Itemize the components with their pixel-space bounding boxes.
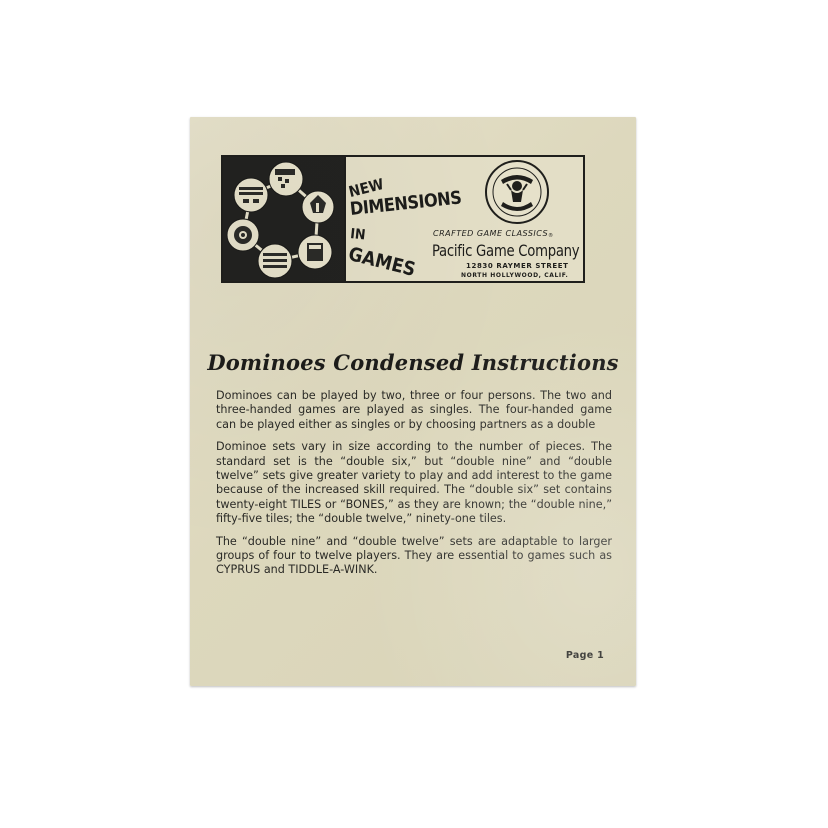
registered-mark: ®: [548, 233, 554, 239]
document-title: Dominoes Condensed Instructions: [190, 350, 636, 375]
address-street: 12830 RAYMER STREET: [466, 262, 569, 270]
paragraph-set-sizes: Dominoe sets vary in size according to t…: [216, 440, 612, 526]
tagline-games: GAMES: [346, 245, 417, 280]
paragraph-larger-groups: The “double nine” and “double twelve” se…: [216, 535, 612, 578]
game-emblem-seal-icon: [485, 160, 549, 224]
paragraph-players: Dominoes can be played by two, three or …: [216, 389, 612, 432]
company-name: Pacific Game Company: [432, 241, 579, 260]
instruction-sheet: NEW DIMENSIONS IN GAMES CRAFTED GAME CLA…: [190, 117, 636, 686]
header-banner: NEW DIMENSIONS IN GAMES CRAFTED GAME CLA…: [221, 155, 585, 283]
page-number: Page 1: [566, 650, 604, 661]
brand-line: CRAFTED GAME CLASSICS®: [433, 229, 554, 239]
address-city: NORTH HOLLYWOOD, CALIF.: [461, 272, 568, 279]
instructions-body: Dominoes can be played by two, three or …: [216, 389, 612, 586]
game-pieces-ring-icon: [223, 157, 346, 281]
brand-line-text: CRAFTED GAME CLASSICS: [433, 229, 548, 238]
tagline-in: IN: [350, 227, 367, 243]
